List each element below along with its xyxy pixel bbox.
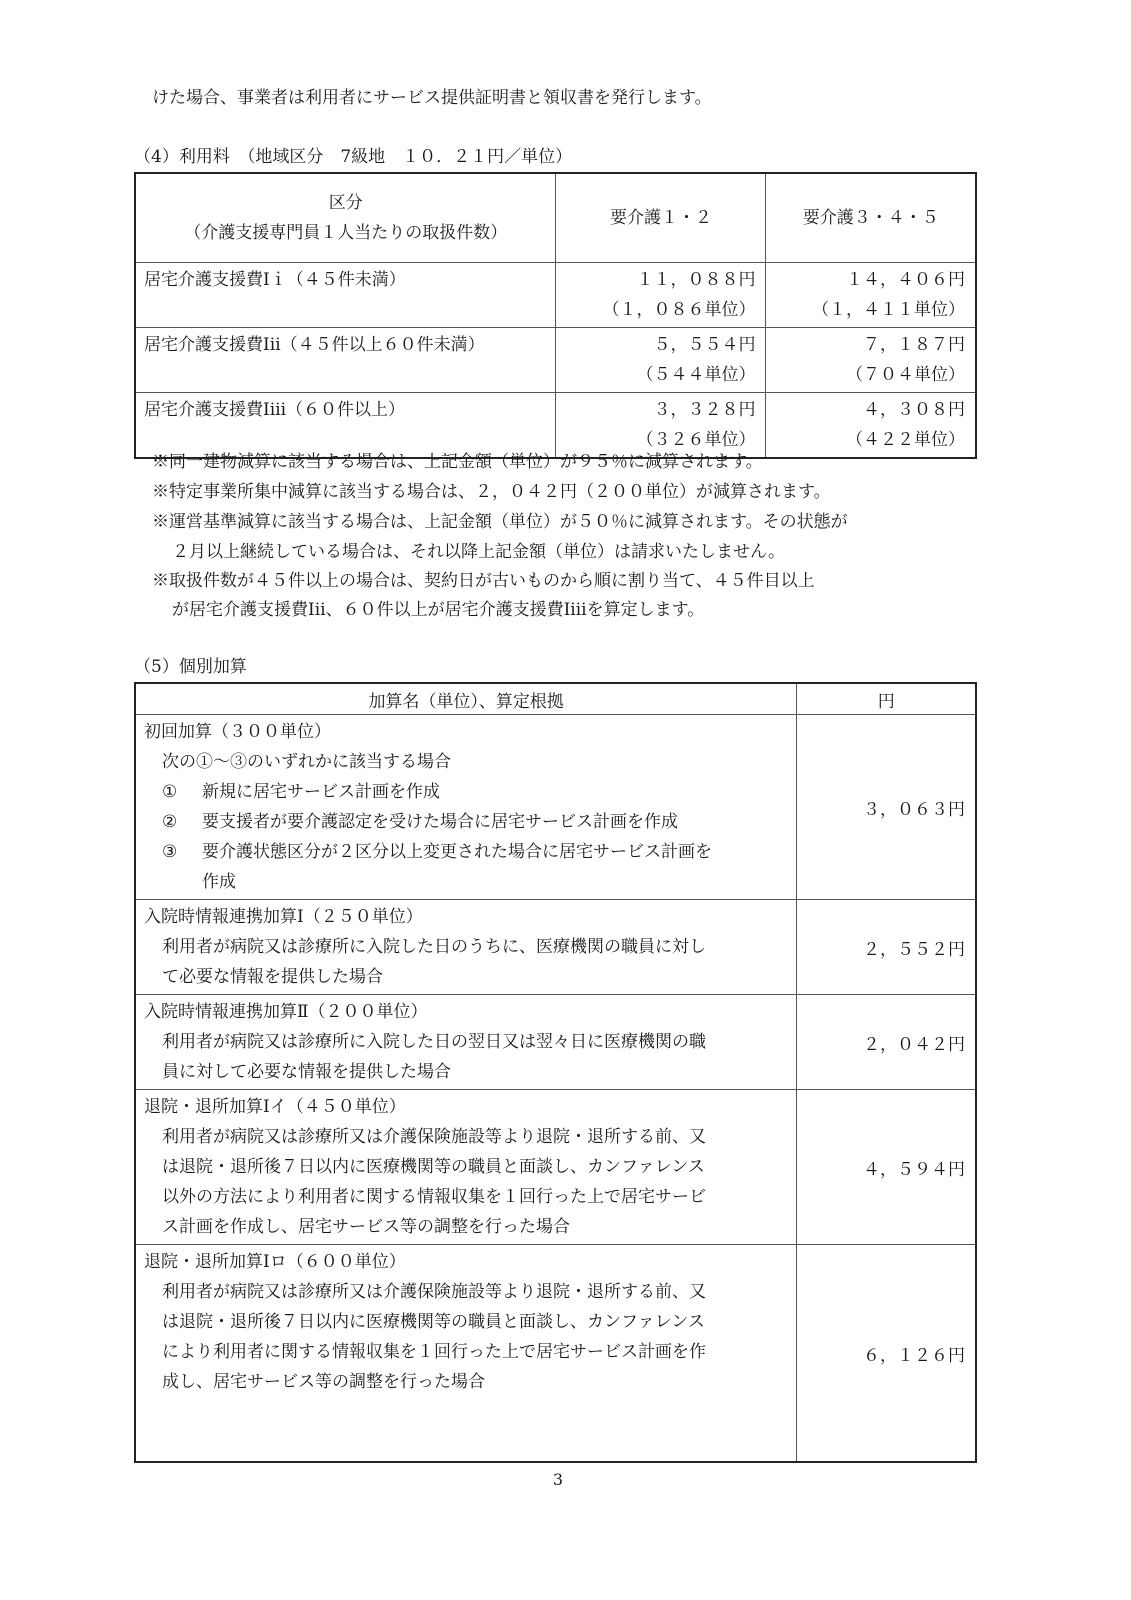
- care12-amount: ５，５５４円 （５４４単位）: [556, 328, 766, 393]
- yen-value: １１，０８８円: [560, 265, 755, 295]
- addon-description: 入院時情報連携加算Ⅱ（２００単位） 利用者が病院又は診療所に入院した日の翌日又は…: [135, 995, 797, 1090]
- fee-table: 区分 （介護支援専門員１人当たりの取扱件数） 要介護１・２ 要介護３・４・５ 居…: [134, 172, 977, 459]
- addon-line: 以外の方法により利用者に関する情報収集を１回行った上で居宅サービ: [144, 1182, 788, 1212]
- addon-line: は退院・退所後７日以内に医療機関等の職員と面談し、カンファレンス: [144, 1307, 788, 1337]
- header-category-label: 区分: [136, 188, 555, 218]
- note-operation-standard-cont: ２月以上継続している場合は、それ以降上記金額（単位）は請求いたしません。: [172, 537, 785, 567]
- addon-description: 退院・退所加算Ⅰロ（６００単位） 利用者が病院又は診療所又は介護保険施設等より退…: [135, 1245, 797, 1463]
- addon-yen: ６，１２６円: [797, 1245, 976, 1463]
- note-concentration: ※特定事業所集中減算に該当する場合は、２，０４２円（２００単位）が減算されます。: [152, 477, 831, 507]
- addon-table-header: 加算名（単位）、算定根拠 円: [135, 683, 976, 715]
- addon-yen: ３，０６３円: [797, 715, 976, 900]
- table-row: 入院時情報連携加算Ⅰ（２５０単位） 利用者が病院又は診療所に入院した日のうちに、…: [135, 900, 976, 995]
- yen-value: ４，３０８円: [770, 395, 965, 425]
- unit-value: （５４４単位）: [560, 360, 755, 390]
- addon-line: 次の①～③のいずれかに該当する場合: [144, 747, 788, 777]
- addon-yen: ２，０４２円: [797, 995, 976, 1090]
- unit-value: （７０４単位）: [770, 360, 965, 390]
- unit-value: （１，０８６単位）: [560, 295, 755, 325]
- header-care-3-4-5: 要介護３・４・５: [766, 173, 976, 263]
- section5-title: （5）個別加算: [134, 655, 247, 679]
- table-row: 退院・退所加算Ⅰロ（６００単位） 利用者が病院又は診療所又は介護保険施設等より退…: [135, 1245, 976, 1463]
- addon-list-item: ②要支援者が要介護認定を受けた場合に居宅サービス計画を作成: [144, 807, 788, 837]
- care345-amount: ７，１８７円 （７０４単位）: [766, 328, 976, 393]
- item-number: ②: [162, 807, 202, 837]
- addon-title: 入院時情報連携加算Ⅱ（２００単位）: [144, 1002, 428, 1022]
- row-name: 居宅介護支援費Ⅰｉ（４５件未満）: [135, 263, 556, 328]
- addon-title: 退院・退所加算Ⅰロ（６００単位）: [144, 1252, 406, 1272]
- addon-list-item: ①新規に居宅サービス計画を作成: [144, 777, 788, 807]
- unit-value: （４２２単位）: [770, 425, 965, 455]
- fee-table-header: 区分 （介護支援専門員１人当たりの取扱件数） 要介護１・２ 要介護３・４・５: [135, 173, 976, 263]
- care12-amount: １１，０８８円 （１，０８６単位）: [556, 263, 766, 328]
- note-case-count: ※取扱件数が４５件以上の場合は、契約日が古いものから順に割り当て、４５件目以上: [152, 566, 815, 596]
- header-category: 区分 （介護支援専門員１人当たりの取扱件数）: [135, 173, 556, 263]
- table-row: 居宅介護支援費Ⅰⅱ（４５件以上６０件未満） ５，５５４円 （５４４単位） ７，１…: [135, 328, 976, 393]
- header-care-1-2: 要介護１・２: [556, 173, 766, 263]
- addon-table: 加算名（単位）、算定根拠 円 初回加算（３００単位） 次の①～③のいずれかに該当…: [134, 682, 977, 1463]
- header-yen: 円: [797, 683, 976, 715]
- addon-line: は退院・退所後７日以内に医療機関等の職員と面談し、カンファレンス: [144, 1152, 788, 1182]
- yen-value: ７，１８７円: [770, 330, 965, 360]
- addon-description: 退院・退所加算Ⅰイ（４５０単位） 利用者が病院又は診療所又は介護保険施設等より退…: [135, 1090, 797, 1245]
- row-name: 居宅介護支援費Ⅰⅱ（４５件以上６０件未満）: [135, 328, 556, 393]
- addon-line: 員に対して必要な情報を提供した場合: [144, 1057, 788, 1087]
- care345-amount: ４，３０８円 （４２２単位）: [766, 393, 976, 459]
- addon-title: 退院・退所加算Ⅰイ（４５０単位）: [144, 1097, 406, 1117]
- item-text: 新規に居宅サービス計画を作成: [202, 782, 440, 802]
- section4-title: （4）利用料 （地域区分 7級地 １０．２１円／単位）: [134, 145, 572, 169]
- item-text: 要介護状態区分が２区分以上変更された場合に居宅サービス計画を: [202, 842, 712, 862]
- addon-line: 利用者が病院又は診療所又は介護保険施設等より退院・退所する前、又: [144, 1277, 788, 1307]
- addon-line: 利用者が病院又は診療所に入院した日のうちに、医療機関の職員に対し: [144, 932, 788, 962]
- table-row: 初回加算（３００単位） 次の①～③のいずれかに該当する場合 ①新規に居宅サービス…: [135, 715, 976, 900]
- addon-yen: ４，５９４円: [797, 1090, 976, 1245]
- addon-line: により利用者に関する情報収集を１回行った上で居宅サービス計画を作: [144, 1337, 788, 1367]
- row-name-text: 居宅介護支援費Ⅰⅱ（４５件以上６０件未満）: [144, 330, 544, 360]
- yen-value: ３，３２８円: [560, 395, 755, 425]
- note-operation-standard: ※運営基準減算に該当する場合は、上記金額（単位）が５０％に減算されます。その状態…: [152, 507, 848, 537]
- yen-value: １４，４０６円: [770, 265, 965, 295]
- care345-amount: １４，４０６円 （１，４１１単位）: [766, 263, 976, 328]
- yen-value: ５，５５４円: [560, 330, 755, 360]
- addon-line: て必要な情報を提供した場合: [144, 962, 788, 992]
- addon-yen: ２，５５２円: [797, 900, 976, 995]
- page-number: 3: [548, 1470, 568, 1489]
- unit-value: （１，４１１単位）: [770, 295, 965, 325]
- table-row: 退院・退所加算Ⅰイ（４５０単位） 利用者が病院又は診療所又は介護保険施設等より退…: [135, 1090, 976, 1245]
- item-text-cont: 作成: [144, 867, 788, 897]
- addon-list-item: ③要介護状態区分が２区分以上変更された場合に居宅サービス計画を: [144, 837, 788, 867]
- note-case-count-cont: が居宅介護支援費Ⅰⅱ、６０件以上が居宅介護支援費Ⅰⅲを算定します。: [172, 595, 704, 625]
- table-row: 入院時情報連携加算Ⅱ（２００単位） 利用者が病院又は診療所に入院した日の翌日又は…: [135, 995, 976, 1090]
- addon-title: 入院時情報連携加算Ⅰ（２５０単位）: [144, 907, 423, 927]
- item-number: ③: [162, 837, 202, 867]
- addon-description: 初回加算（３００単位） 次の①～③のいずれかに該当する場合 ①新規に居宅サービス…: [135, 715, 797, 900]
- item-text: 要支援者が要介護認定を受けた場合に居宅サービス計画を作成: [202, 812, 678, 832]
- table-row: 居宅介護支援費Ⅰｉ（４５件未満） １１，０８８円 （１，０８６単位） １４，４０…: [135, 263, 976, 328]
- item-number: ①: [162, 777, 202, 807]
- header-category-sublabel: （介護支援専門員１人当たりの取扱件数）: [136, 218, 555, 248]
- addon-title: 初回加算（３００単位）: [144, 722, 331, 742]
- addon-description: 入院時情報連携加算Ⅰ（２５０単位） 利用者が病院又は診療所に入院した日のうちに、…: [135, 900, 797, 995]
- note-same-building: ※同一建物減算に該当する場合は、上記金額（単位）が９５％に減算されます。: [152, 447, 763, 477]
- addon-line: ス計画を作成し、居宅サービス等の調整を行った場合: [144, 1212, 788, 1242]
- intro-text: けた場合、事業者は利用者にサービス提供証明書と領収書を発行します。: [152, 86, 712, 110]
- addon-line: 利用者が病院又は診療所に入院した日の翌日又は翌々日に医療機関の職: [144, 1027, 788, 1057]
- addon-line: 利用者が病院又は診療所又は介護保険施設等より退院・退所する前、又: [144, 1122, 788, 1152]
- header-addon-name: 加算名（単位）、算定根拠: [135, 683, 797, 715]
- addon-line: 成し、居宅サービス等の調整を行った場合: [144, 1367, 788, 1397]
